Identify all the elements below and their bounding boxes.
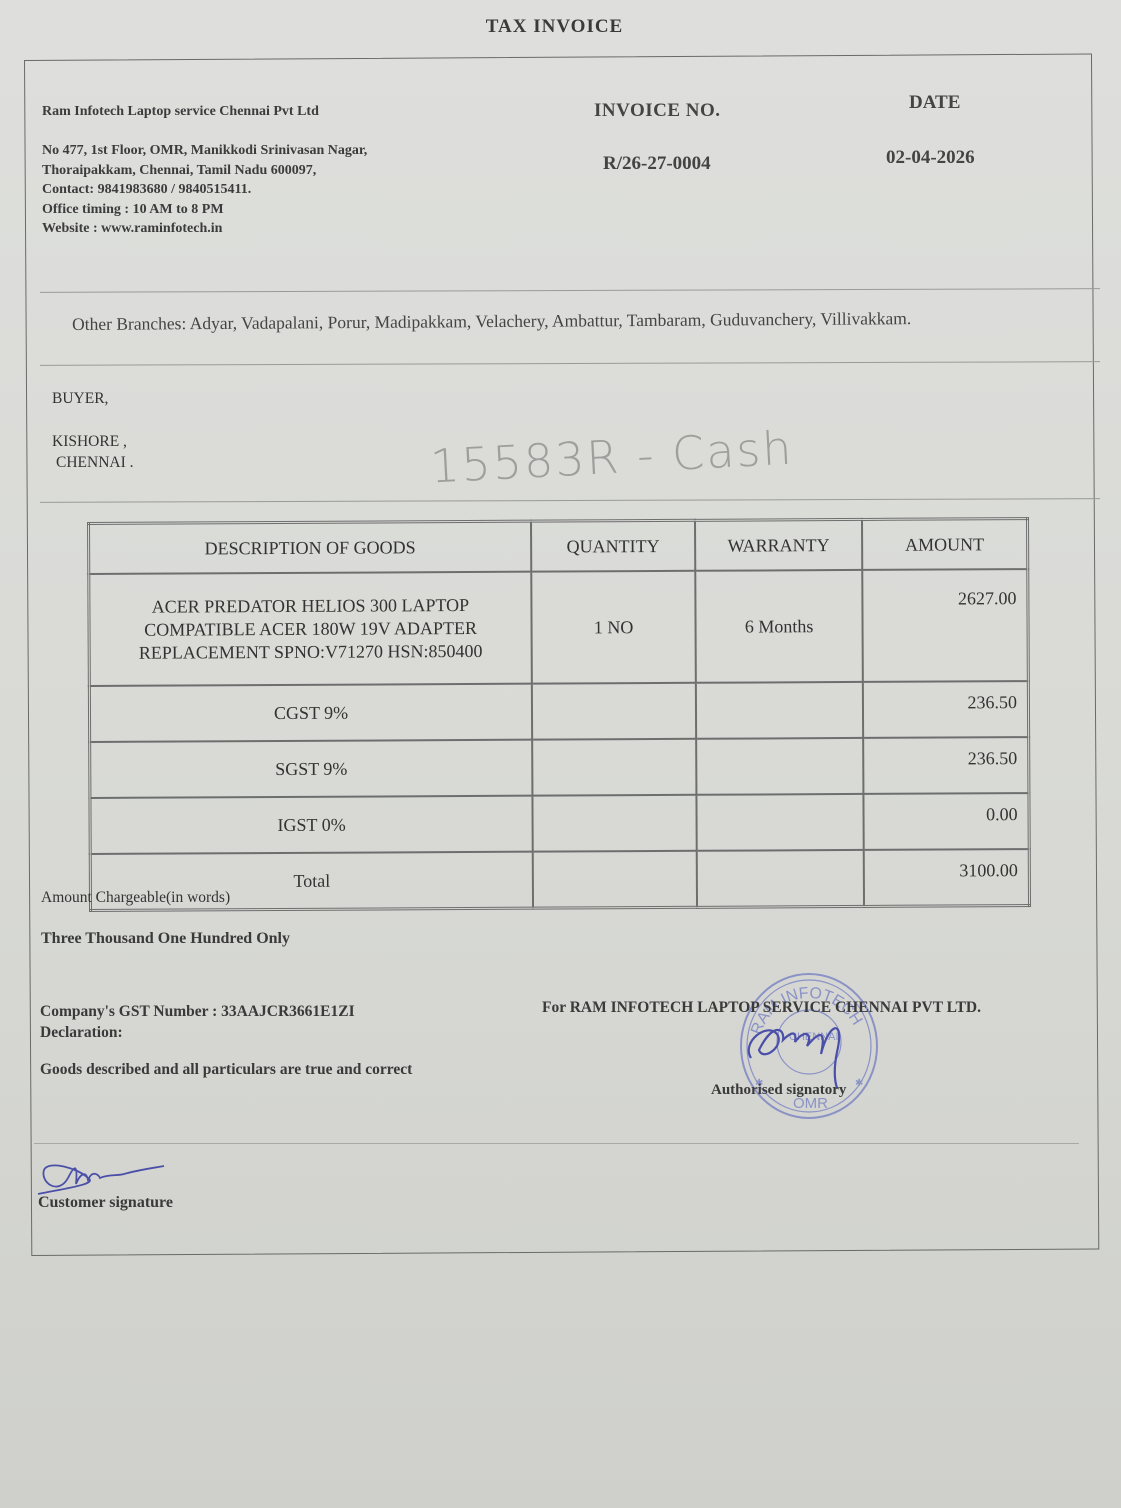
description-line: COMPATIBLE ACER 180W 19V ADAPTER (101, 616, 521, 641)
buyer-details: KISHORE , CHENNAI . (52, 431, 134, 473)
authorised-signatory: Authorised signatory (711, 1082, 846, 1099)
item-description: ACER PREDATOR HELIOS 300 LAPTOP COMPATIB… (89, 572, 532, 686)
document-title: TAX INVOICE (0, 16, 1115, 38)
item-warranty: 6 Months (695, 570, 863, 683)
address-line: No 477, 1st Floor, OMR, Manikkodi Sriniv… (42, 141, 367, 161)
empty-cell (532, 683, 696, 740)
office-timing: Office timing : 10 AM to 8 PM (42, 200, 367, 220)
tax-amount: 236.50 (863, 737, 1029, 794)
invoice-number-label: INVOICE NO. (594, 100, 721, 122)
seller-address: No 477, 1st Floor, OMR, Manikkodi Sriniv… (42, 141, 367, 239)
invoice-date: 02-04-2026 (886, 147, 975, 169)
table-row: CGST 9% 236.50 (89, 681, 1028, 742)
website: Website : www.raminfotech.in (42, 219, 367, 239)
tax-amount: 0.00 (863, 793, 1029, 850)
declaration-label: Declaration: (40, 1022, 355, 1043)
table-header-row: DESCRIPTION OF GOODS QUANTITY WARRANTY A… (89, 519, 1028, 574)
item-amount: 2627.00 (862, 569, 1028, 682)
gst-section: Company's GST Number : 33AAJCR3661E1ZI D… (40, 1001, 355, 1043)
contact-line: Contact: 9841983680 / 9840515411. (42, 180, 367, 200)
header-quantity: QUANTITY (531, 520, 695, 571)
customer-signature-label: Customer signature (38, 1194, 173, 1212)
empty-cell (696, 738, 863, 795)
tax-label: CGST 9% (89, 684, 532, 742)
header-warranty: WARRANTY (695, 519, 862, 570)
empty-cell (696, 794, 863, 851)
tax-label: SGST 9% (90, 740, 533, 798)
description-line: ACER PREDATOR HELIOS 300 LAPTOP (100, 593, 520, 618)
tax-label: IGST 0% (90, 796, 533, 854)
for-company-label: For RAM INFOTECH LAPTOP SERVICE CHENNAI … (542, 999, 981, 1017)
date-label: DATE (909, 92, 960, 114)
table-row: ACER PREDATOR HELIOS 300 LAPTOP COMPATIB… (89, 569, 1029, 686)
declaration-text: Goods described and all particulars are … (40, 1061, 412, 1079)
invoice-number: R/26-27-0004 (603, 153, 711, 175)
buyer-name: KISHORE , (52, 431, 134, 452)
empty-cell (696, 682, 863, 739)
total-amount: 3100.00 (864, 849, 1030, 906)
buyer-label: BUYER, (52, 390, 108, 408)
goods-table: DESCRIPTION OF GOODS QUANTITY WARRANTY A… (87, 517, 1031, 912)
svg-text:✱: ✱ (855, 1078, 863, 1089)
address-line: Thoraipakkam, Chennai, Tamil Nadu 600097… (42, 161, 367, 181)
empty-cell (532, 795, 696, 852)
table-row: SGST 9% 236.50 (90, 737, 1029, 798)
gst-number: Company's GST Number : 33AAJCR3661E1ZI (40, 1001, 355, 1022)
divider (34, 1143, 1079, 1144)
amount-words-label: Amount Chargeable(in words) (41, 889, 230, 907)
table-row: IGST 0% 0.00 (90, 793, 1029, 854)
header-amount: AMOUNT (862, 519, 1028, 570)
amount-in-words: Three Thousand One Hundred Only (41, 930, 290, 948)
item-quantity: 1 NO (531, 571, 696, 684)
seller-name: Ram Infotech Laptop service Chennai Pvt … (42, 104, 319, 120)
header-description: DESCRIPTION OF GOODS (89, 521, 532, 574)
buyer-city: CHENNAI . (52, 452, 134, 473)
customer-signature-icon (28, 1148, 178, 1198)
empty-cell (532, 739, 696, 796)
total-row: Total 3100.00 (90, 849, 1029, 910)
tax-amount: 236.50 (863, 681, 1029, 738)
empty-cell (533, 851, 697, 908)
empty-cell (697, 850, 864, 907)
description-line: REPLACEMENT SPNO:V71270 HSN:850400 (101, 639, 521, 664)
